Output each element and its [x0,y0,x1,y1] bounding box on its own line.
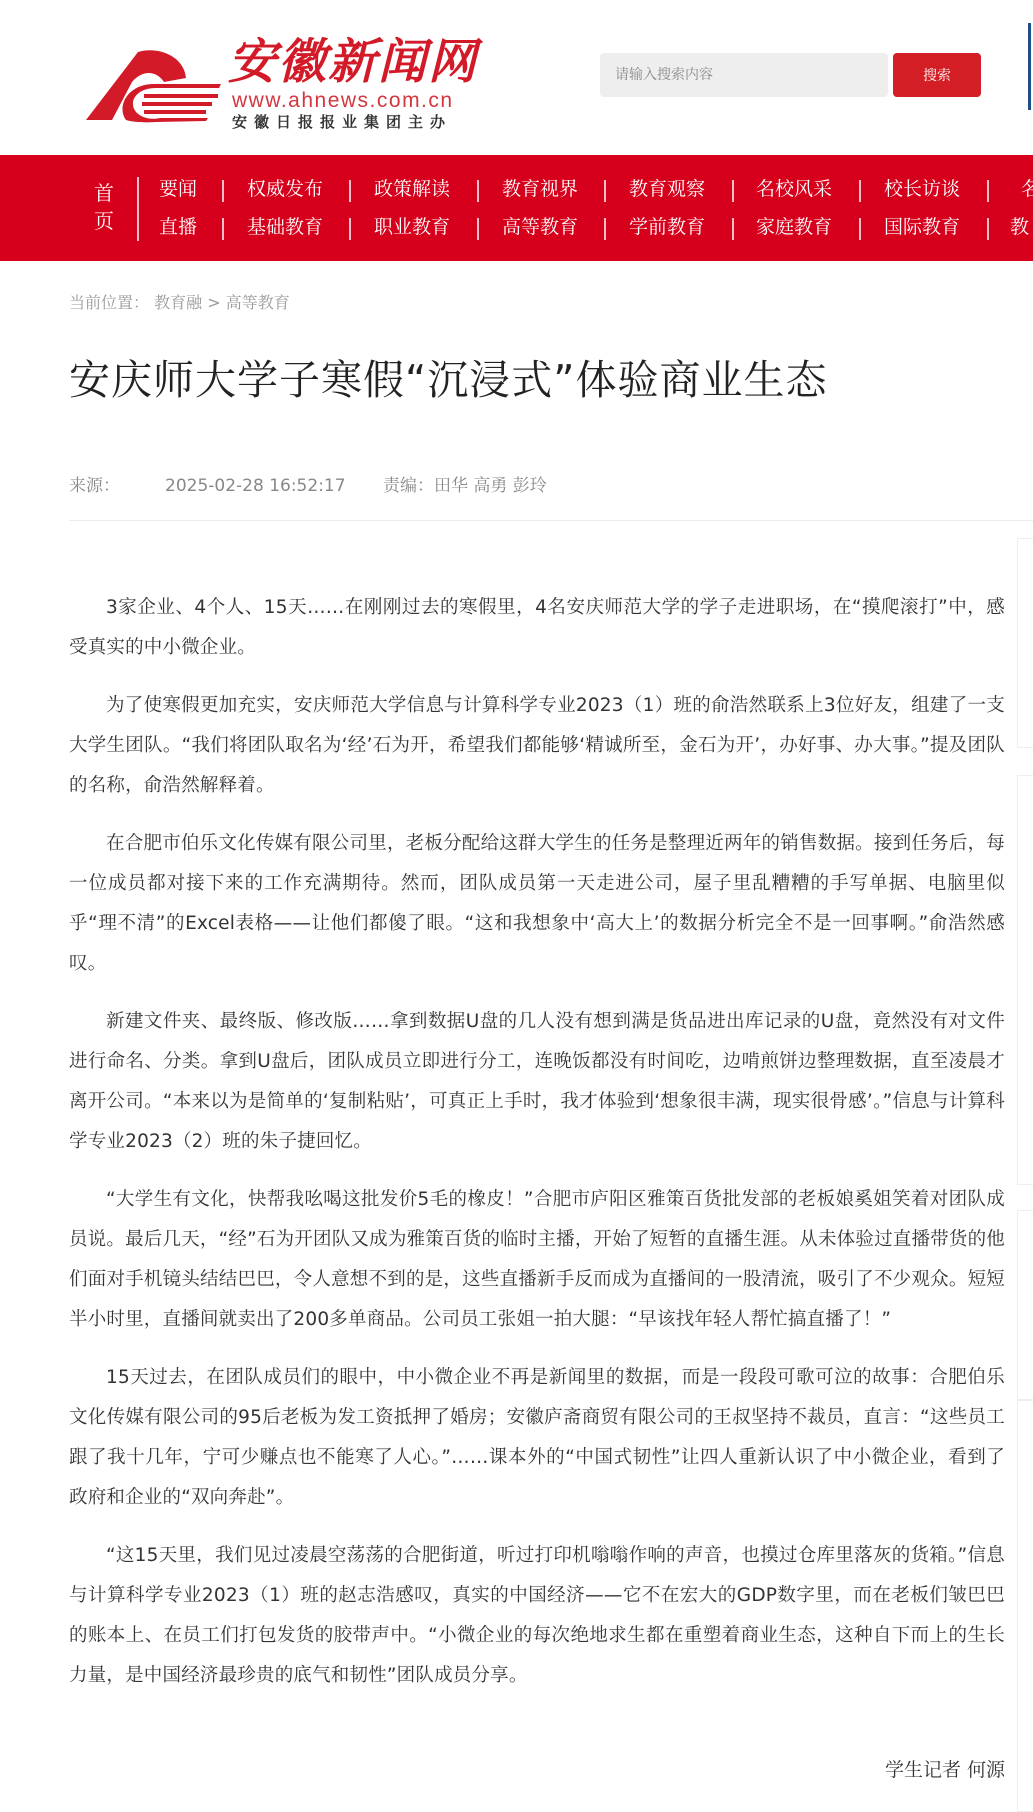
nav-item-gaodeng-jiaoyu[interactable]: 高等教育 [502,215,578,239]
article-body: 3家企业、4个人、15天……在刚刚过去的寒假里，4名安庆师范大学的学子走进职场，… [69,588,1005,1714]
article-paragraph: 为了使寒假更加充实，安庆师范大学信息与计算科学专业2023（1）班的俞浩然联系上… [69,686,1005,806]
logo-url: www.ahnews.com.cn [232,90,454,112]
sidebar-box [1017,1400,1033,1812]
sidebar-box [1017,1210,1033,1400]
site-header: 安徽新闻网 www.ahnews.com.cn 安徽日报报业集团主办 搜索 [0,0,1033,155]
nav-home-label-top: 首 [92,179,116,207]
nav-home-label-bottom: 页 [92,207,116,235]
article-editor: 责编：田华 高勇 彭玲 [383,474,547,498]
logo-mark-icon [86,48,221,123]
breadcrumb: 当前位置： 教育融 > 高等教育 [69,292,290,314]
nav-divider [859,218,861,240]
article-paragraph: 15天过去，在团队成员们的眼中，中小微企业不再是新闻里的数据，而是一段段可歌可泣… [69,1358,1005,1518]
nav-home[interactable]: 首 页 [92,179,116,235]
nav-item-xiaozhang-fangtan[interactable]: 校长访谈 [884,177,960,201]
nav-divider [859,180,861,202]
sidebar-box [1017,775,1033,1185]
nav-divider [222,218,224,240]
logo-subtitle: 安徽日报报业集团主办 [232,113,452,131]
nav-item-jichu-jiaoyu[interactable]: 基础教育 [247,215,323,239]
article-paragraph: “这15天里，我们见过凌晨空荡荡的合肥街道，听过打印机嗡嗡作响的声音，也摸过仓库… [69,1536,1005,1696]
search-box [600,53,890,98]
nav-item-quanwei-fabu[interactable]: 权威发布 [247,177,323,201]
nav-divider [477,218,479,240]
logo-title: 安徽新闻网 [228,34,478,90]
nav-item-row1-partial[interactable]: 名 [1021,177,1033,201]
article-title: 安庆师大学子寒假“沉浸式”体验商业生态 [69,352,827,408]
breadcrumb-item-gaodeng-jiaoyu[interactable]: 高等教育 [226,293,290,312]
nav-item-guoji-jiaoyu[interactable]: 国际教育 [884,215,960,239]
main-nav: 首 页 要闻 权威发布 政策解读 教育视界 教育观察 名校风采 校长访谈 名 直… [0,155,1033,261]
nav-item-xueqian-jiaoyu[interactable]: 学前教育 [629,215,705,239]
nav-divider [349,218,351,240]
nav-divider [349,180,351,202]
right-edge-banner [1028,23,1031,110]
nav-item-row2-partial[interactable]: 教 [1010,215,1029,239]
nav-item-mingxiao-fengcai[interactable]: 名校风采 [756,177,832,201]
nav-item-zhiye-jiaoyu[interactable]: 职业教育 [374,215,450,239]
nav-divider [477,180,479,202]
sidebar-box [1017,538,1033,748]
meta-divider [69,520,1033,521]
search-button[interactable]: 搜索 [893,53,981,97]
nav-divider [987,218,989,240]
breadcrumb-separator: > [207,293,220,312]
breadcrumb-item-jiaoyurong[interactable]: 教育融 [154,293,202,312]
nav-item-yaowen[interactable]: 要闻 [159,177,197,201]
breadcrumb-prefix: 当前位置： [69,293,149,312]
site-logo[interactable]: 安徽新闻网 www.ahnews.com.cn 安徽日报报业集团主办 [86,38,486,133]
article-paragraph: 3家企业、4个人、15天……在刚刚过去的寒假里，4名安庆师范大学的学子走进职场，… [69,588,1005,668]
nav-item-jiaoyu-shijie[interactable]: 教育视界 [502,177,578,201]
nav-divider [732,218,734,240]
nav-item-zhengce-jiedu[interactable]: 政策解读 [374,177,450,201]
nav-divider [137,177,139,241]
nav-item-jiating-jiaoyu[interactable]: 家庭教育 [756,215,832,239]
article-paragraph: 新建文件夹、最终版、修改版……拿到数据U盘的几人没有想到满是货品进出库记录的U盘… [69,1002,1005,1162]
article-date: 2025-02-28 16:52:17 [165,474,346,498]
nav-divider [222,180,224,202]
article-paragraph: 在合肥市伯乐文化传媒有限公司里，老板分配给这群大学生的任务是整理近两年的销售数据… [69,824,1005,984]
article-source: 来源： [69,474,120,498]
nav-item-zhibo[interactable]: 直播 [159,215,197,239]
article-paragraph: “大学生有文化，快帮我吆喝这批发价5毛的橡皮！”合肥市庐阳区雅策百货批发部的老板… [69,1180,1005,1340]
search-input[interactable] [600,53,888,97]
nav-divider [604,180,606,202]
article-author: 学生记者 何源 [885,1757,1005,1783]
nav-divider [732,180,734,202]
nav-divider [604,218,606,240]
nav-divider [987,180,989,202]
nav-item-jiaoyu-guancha[interactable]: 教育观察 [629,177,705,201]
